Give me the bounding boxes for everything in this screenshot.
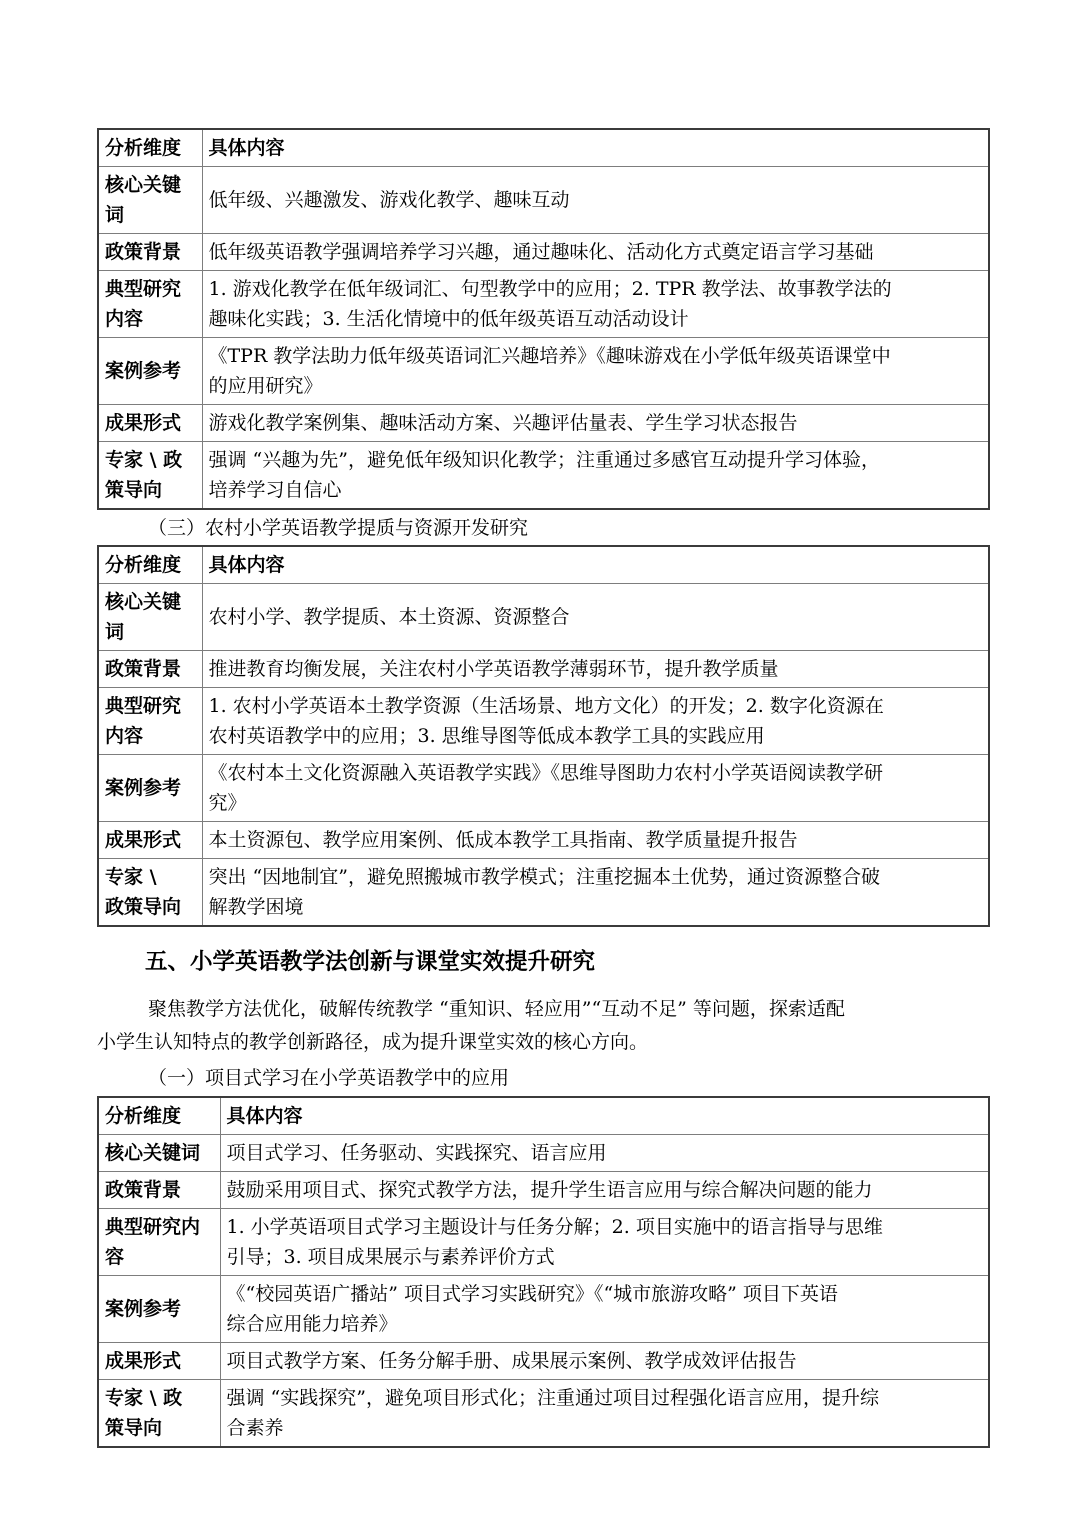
row-content: 鼓励采用项目式、探究式教学方法，提升学生语言应用与综合解决问题的能力 [220, 1172, 989, 1209]
table-row: 成果形式 游戏化教学案例集、趣味活动方案、兴趣评估量表、学生学习状态报告 [98, 405, 989, 442]
table-row: 案例参考 《TPR 教学法助力低年级英语词汇兴趣培养》《趣味游戏在小学低年级英语… [98, 338, 989, 405]
row-label: 案例参考 [98, 338, 202, 405]
row-content: 1. 游戏化教学在低年级词汇、句型教学中的应用；2. TPR 教学法、故事教学法… [202, 271, 989, 338]
row-label: 核心关键 词 [98, 167, 202, 234]
table-header-row: 分析维度 具体内容 [98, 1097, 989, 1135]
table-row: 核心关键 词 农村小学、教学提质、本土资源、资源整合 [98, 584, 989, 651]
row-label: 政策背景 [98, 234, 202, 271]
table-header-row: 分析维度 具体内容 [98, 546, 989, 584]
analysis-table-low-grade: 分析维度 具体内容 核心关键 词 低年级、兴趣激发、游戏化教学、趣味互动 政策背… [97, 128, 990, 510]
table-header-row: 分析维度 具体内容 [98, 129, 989, 167]
row-content: 低年级英语教学强调培养学习兴趣，通过趣味化、活动化方式奠定语言学习基础 [202, 234, 989, 271]
row-content: 突出 “因地制宜”，避免照搬城市教学模式；注重挖掘本土优势，通过资源整合破 解教… [202, 859, 989, 927]
table-row: 典型研究 内容 1. 农村小学英语本土教学资源（生活场景、地方文化）的开发；2.… [98, 688, 989, 755]
table-row: 核心关键词 项目式学习、任务驱动、实践探究、语言应用 [98, 1135, 989, 1172]
document-content: 分析维度 具体内容 核心关键 词 低年级、兴趣激发、游戏化教学、趣味互动 政策背… [97, 0, 990, 1448]
row-label: 案例参考 [98, 755, 202, 822]
row-label: 成果形式 [98, 822, 202, 859]
row-content: 《“校园英语广播站” 项目式学习实践研究》《“城市旅游攻略” 项目下英语 综合应… [220, 1276, 989, 1343]
table-row: 政策背景 推进教育均衡发展，关注农村小学英语教学薄弱环节，提升教学质量 [98, 651, 989, 688]
table-row: 典型研究内 容 1. 小学英语项目式学习主题设计与任务分解；2. 项目实施中的语… [98, 1209, 989, 1276]
row-label: 核心关键 词 [98, 584, 202, 651]
row-label: 案例参考 [98, 1276, 220, 1343]
row-label: 专家 \ 政策导向 [98, 859, 202, 927]
section-heading-5-1: （一）项目式学习在小学英语教学中的应用 [97, 1063, 990, 1093]
row-content: 《TPR 教学法助力低年级英语词汇兴趣培养》《趣味游戏在小学低年级英语课堂中 的… [202, 338, 989, 405]
analysis-table-rural: 分析维度 具体内容 核心关键 词 农村小学、教学提质、本土资源、资源整合 政策背… [97, 545, 990, 927]
section-heading-3: （三）农村小学英语教学提质与资源开发研究 [97, 513, 990, 543]
table-row: 核心关键 词 低年级、兴趣激发、游戏化教学、趣味互动 [98, 167, 989, 234]
table-header-dimension: 分析维度 [98, 1097, 220, 1135]
table-row: 案例参考 《“校园英语广播站” 项目式学习实践研究》《“城市旅游攻略” 项目下英… [98, 1276, 989, 1343]
row-content: 农村小学、教学提质、本土资源、资源整合 [202, 584, 989, 651]
row-label: 专家 \ 政 策导向 [98, 1380, 220, 1448]
row-content: 低年级、兴趣激发、游戏化教学、趣味互动 [202, 167, 989, 234]
section-heading-5: 五、小学英语教学法创新与课堂实效提升研究 [97, 945, 990, 979]
row-label: 核心关键词 [98, 1135, 220, 1172]
row-content: 项目式教学方案、任务分解手册、成果展示案例、教学成效评估报告 [220, 1343, 989, 1380]
row-label: 典型研究 内容 [98, 271, 202, 338]
row-label: 专家 \ 政 策导向 [98, 442, 202, 510]
table-header-content: 具体内容 [202, 129, 989, 167]
row-label: 成果形式 [98, 1343, 220, 1380]
table-row: 政策背景 鼓励采用项目式、探究式教学方法，提升学生语言应用与综合解决问题的能力 [98, 1172, 989, 1209]
table-header-content: 具体内容 [202, 546, 989, 584]
row-content: 项目式学习、任务驱动、实践探究、语言应用 [220, 1135, 989, 1172]
table-row: 成果形式 本土资源包、教学应用案例、低成本教学工具指南、教学质量提升报告 [98, 822, 989, 859]
section5-intro-paragraph: 聚焦教学方法优化，破解传统教学 “重知识、轻应用”“互动不足” 等问题，探索适配… [97, 993, 990, 1059]
row-label: 政策背景 [98, 651, 202, 688]
table-row: 政策背景 低年级英语教学强调培养学习兴趣，通过趣味化、活动化方式奠定语言学习基础 [98, 234, 989, 271]
table-row: 专家 \ 政 策导向 强调 “实践探究”，避免项目形式化；注重通过项目过程强化语… [98, 1380, 989, 1448]
table-row: 典型研究 内容 1. 游戏化教学在低年级词汇、句型教学中的应用；2. TPR 教… [98, 271, 989, 338]
document-page: 分析维度 具体内容 核心关键 词 低年级、兴趣激发、游戏化教学、趣味互动 政策背… [0, 0, 1080, 1527]
table-row: 专家 \ 政 策导向 强调 “兴趣为先”，避免低年级知识化教学；注重通过多感官互… [98, 442, 989, 510]
row-content: 1. 农村小学英语本土教学资源（生活场景、地方文化）的开发；2. 数字化资源在 … [202, 688, 989, 755]
table-header-dimension: 分析维度 [98, 546, 202, 584]
row-content: 1. 小学英语项目式学习主题设计与任务分解；2. 项目实施中的语言指导与思维 引… [220, 1209, 989, 1276]
table-row: 成果形式 项目式教学方案、任务分解手册、成果展示案例、教学成效评估报告 [98, 1343, 989, 1380]
table-row: 专家 \ 政策导向 突出 “因地制宜”，避免照搬城市教学模式；注重挖掘本土优势，… [98, 859, 989, 927]
table-header-dimension: 分析维度 [98, 129, 202, 167]
row-label: 典型研究内 容 [98, 1209, 220, 1276]
row-content: 游戏化教学案例集、趣味活动方案、兴趣评估量表、学生学习状态报告 [202, 405, 989, 442]
row-content: 《农村本土文化资源融入英语教学实践》《思维导图助力农村小学英语阅读教学研 究》 [202, 755, 989, 822]
row-label: 成果形式 [98, 405, 202, 442]
row-label: 政策背景 [98, 1172, 220, 1209]
row-content: 推进教育均衡发展，关注农村小学英语教学薄弱环节，提升教学质量 [202, 651, 989, 688]
row-content: 本土资源包、教学应用案例、低成本教学工具指南、教学质量提升报告 [202, 822, 989, 859]
row-content: 强调 “实践探究”，避免项目形式化；注重通过项目过程强化语言应用，提升综 合素养 [220, 1380, 989, 1448]
table-header-content: 具体内容 [220, 1097, 989, 1135]
analysis-table-project-learning: 分析维度 具体内容 核心关键词 项目式学习、任务驱动、实践探究、语言应用 政策背… [97, 1096, 990, 1448]
table-row: 案例参考 《农村本土文化资源融入英语教学实践》《思维导图助力农村小学英语阅读教学… [98, 755, 989, 822]
row-content: 强调 “兴趣为先”，避免低年级知识化教学；注重通过多感官互动提升学习体验， 培养… [202, 442, 989, 510]
row-label: 典型研究 内容 [98, 688, 202, 755]
